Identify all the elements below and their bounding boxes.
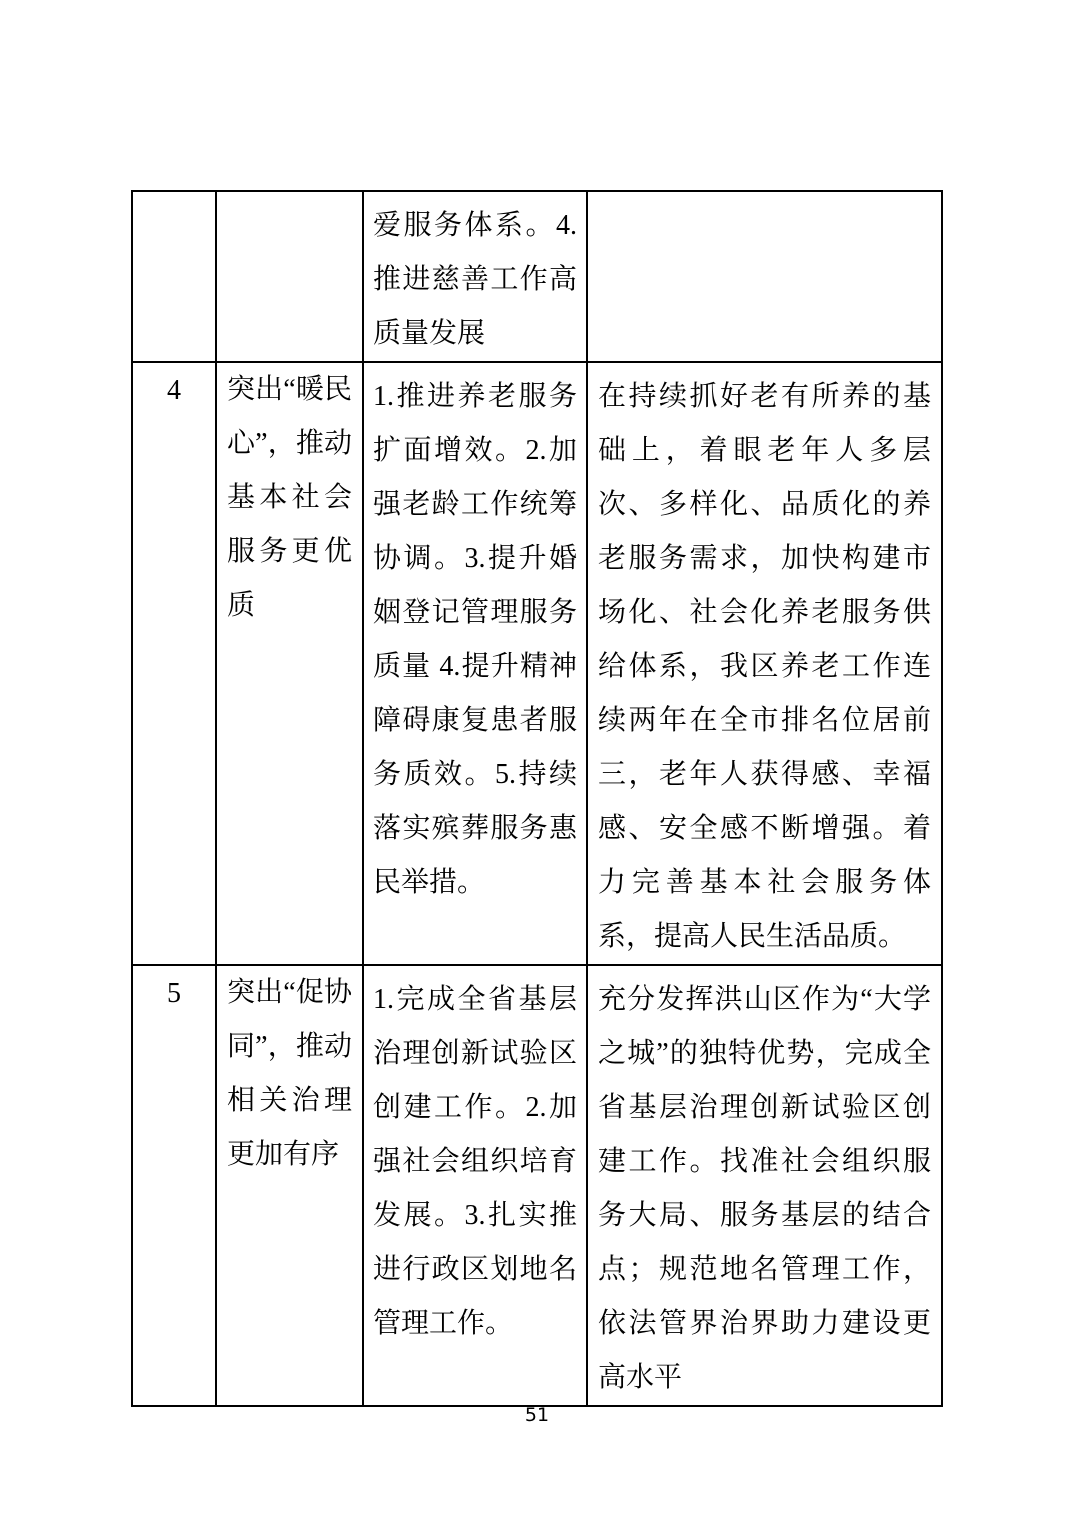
cell-row-index: 4 — [132, 362, 216, 965]
cell-measures: 爱服务体系。4.推进慈善工作高质量发展 — [363, 191, 587, 362]
cell-row-index: 5 — [132, 965, 216, 1406]
document-page: 爱服务体系。4.推进慈善工作高质量发展 4 突出“暖民心”，推动基本社会服务更优… — [0, 0, 1074, 1520]
table-row-5: 5 突出“促协同”，推动相关治理更加有序 1.完成全省基层治理创新试验区创建工作… — [132, 965, 942, 1406]
table-row-continued: 爱服务体系。4.推进慈善工作高质量发展 — [132, 191, 942, 362]
cell-measures: 1.推进养老服务扩面增效。2.加强老龄工作统筹协调。3.提升婚姻登记管理服务质量… — [363, 362, 587, 965]
cell-results: 在持续抓好老有所养的基础上，着眼老年人多层次、多样化、品质化的养老服务需求，加快… — [587, 362, 942, 965]
work-report-table: 爱服务体系。4.推进慈善工作高质量发展 4 突出“暖民心”，推动基本社会服务更优… — [131, 190, 943, 1407]
page-number: 51 — [0, 1403, 1074, 1427]
cell-category: 突出“促协同”，推动相关治理更加有序 — [216, 965, 363, 1406]
cell-category: 突出“暖民心”，推动基本社会服务更优质 — [216, 362, 363, 965]
cell-category — [216, 191, 363, 362]
cell-results: 充分发挥洪山区作为“大学之城”的独特优势，完成全省基层治理创新试验区创建工作。找… — [587, 965, 942, 1406]
cell-results — [587, 191, 942, 362]
table-row-4: 4 突出“暖民心”，推动基本社会服务更优质 1.推进养老服务扩面增效。2.加强老… — [132, 362, 942, 965]
cell-row-index — [132, 191, 216, 362]
cell-measures: 1.完成全省基层治理创新试验区创建工作。2.加强社会组织培育发展。3.扎实推进行… — [363, 965, 587, 1406]
